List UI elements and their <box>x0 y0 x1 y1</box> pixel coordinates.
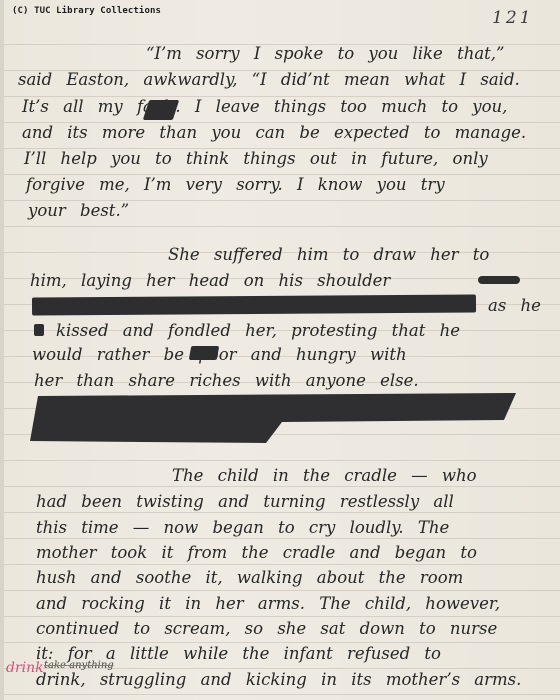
text-line: this time — now began to cry loudly. The <box>36 518 449 537</box>
text-line: It’s all my fault. I leave things too mu… <box>22 97 507 116</box>
text-line: and rocking it in her arms. The child, h… <box>36 594 500 613</box>
struck-through-text: take anything <box>44 660 114 671</box>
redaction-mark <box>143 100 179 120</box>
text-line: would rather be poor and hungry with <box>32 345 407 364</box>
text-line: The child in the cradle — who <box>172 466 477 485</box>
text-line: kissed and fondled her, protesting that … <box>56 321 460 340</box>
redaction-mark <box>189 346 219 360</box>
text-line: mother took it from the cradle and began… <box>36 543 477 562</box>
redaction-bar <box>32 294 476 315</box>
text-line: She suffered him to draw her to <box>168 245 489 264</box>
text-line: had been twisting and turning restlessly… <box>36 492 454 511</box>
text-line: your best.” <box>28 201 129 220</box>
manuscript-page: (C) TUC Library Collections 121 “I’m sor… <box>4 0 560 700</box>
text-line: I’ll help you to think things out in fut… <box>24 149 488 168</box>
text-line: “I’m sorry I spoke to you like that,” <box>146 44 504 63</box>
text-line: forgive me, I’m very sorry. I know you t… <box>26 175 445 194</box>
text-line: as he <box>488 296 541 315</box>
text-line: and its more than you can be expected to… <box>22 123 526 142</box>
text-line: said Easton, awkwardly, “I did’nt mean w… <box>18 70 520 89</box>
text-line: drink, struggling and kicking in its mot… <box>36 670 521 689</box>
redaction-mark <box>34 324 44 336</box>
text-line: him, laying her head on his shoulder <box>30 271 390 290</box>
text-line: hush and soothe it, walking about the ro… <box>36 568 463 587</box>
text-line: continued to scream, so she sat down to … <box>36 619 497 638</box>
redaction-mark <box>478 276 520 284</box>
text-line: her than share riches with anyone else. <box>34 371 419 390</box>
copyright-credit: (C) TUC Library Collections <box>12 6 161 16</box>
page-number: 121 <box>492 8 533 28</box>
margin-correction: drink <box>6 660 44 676</box>
